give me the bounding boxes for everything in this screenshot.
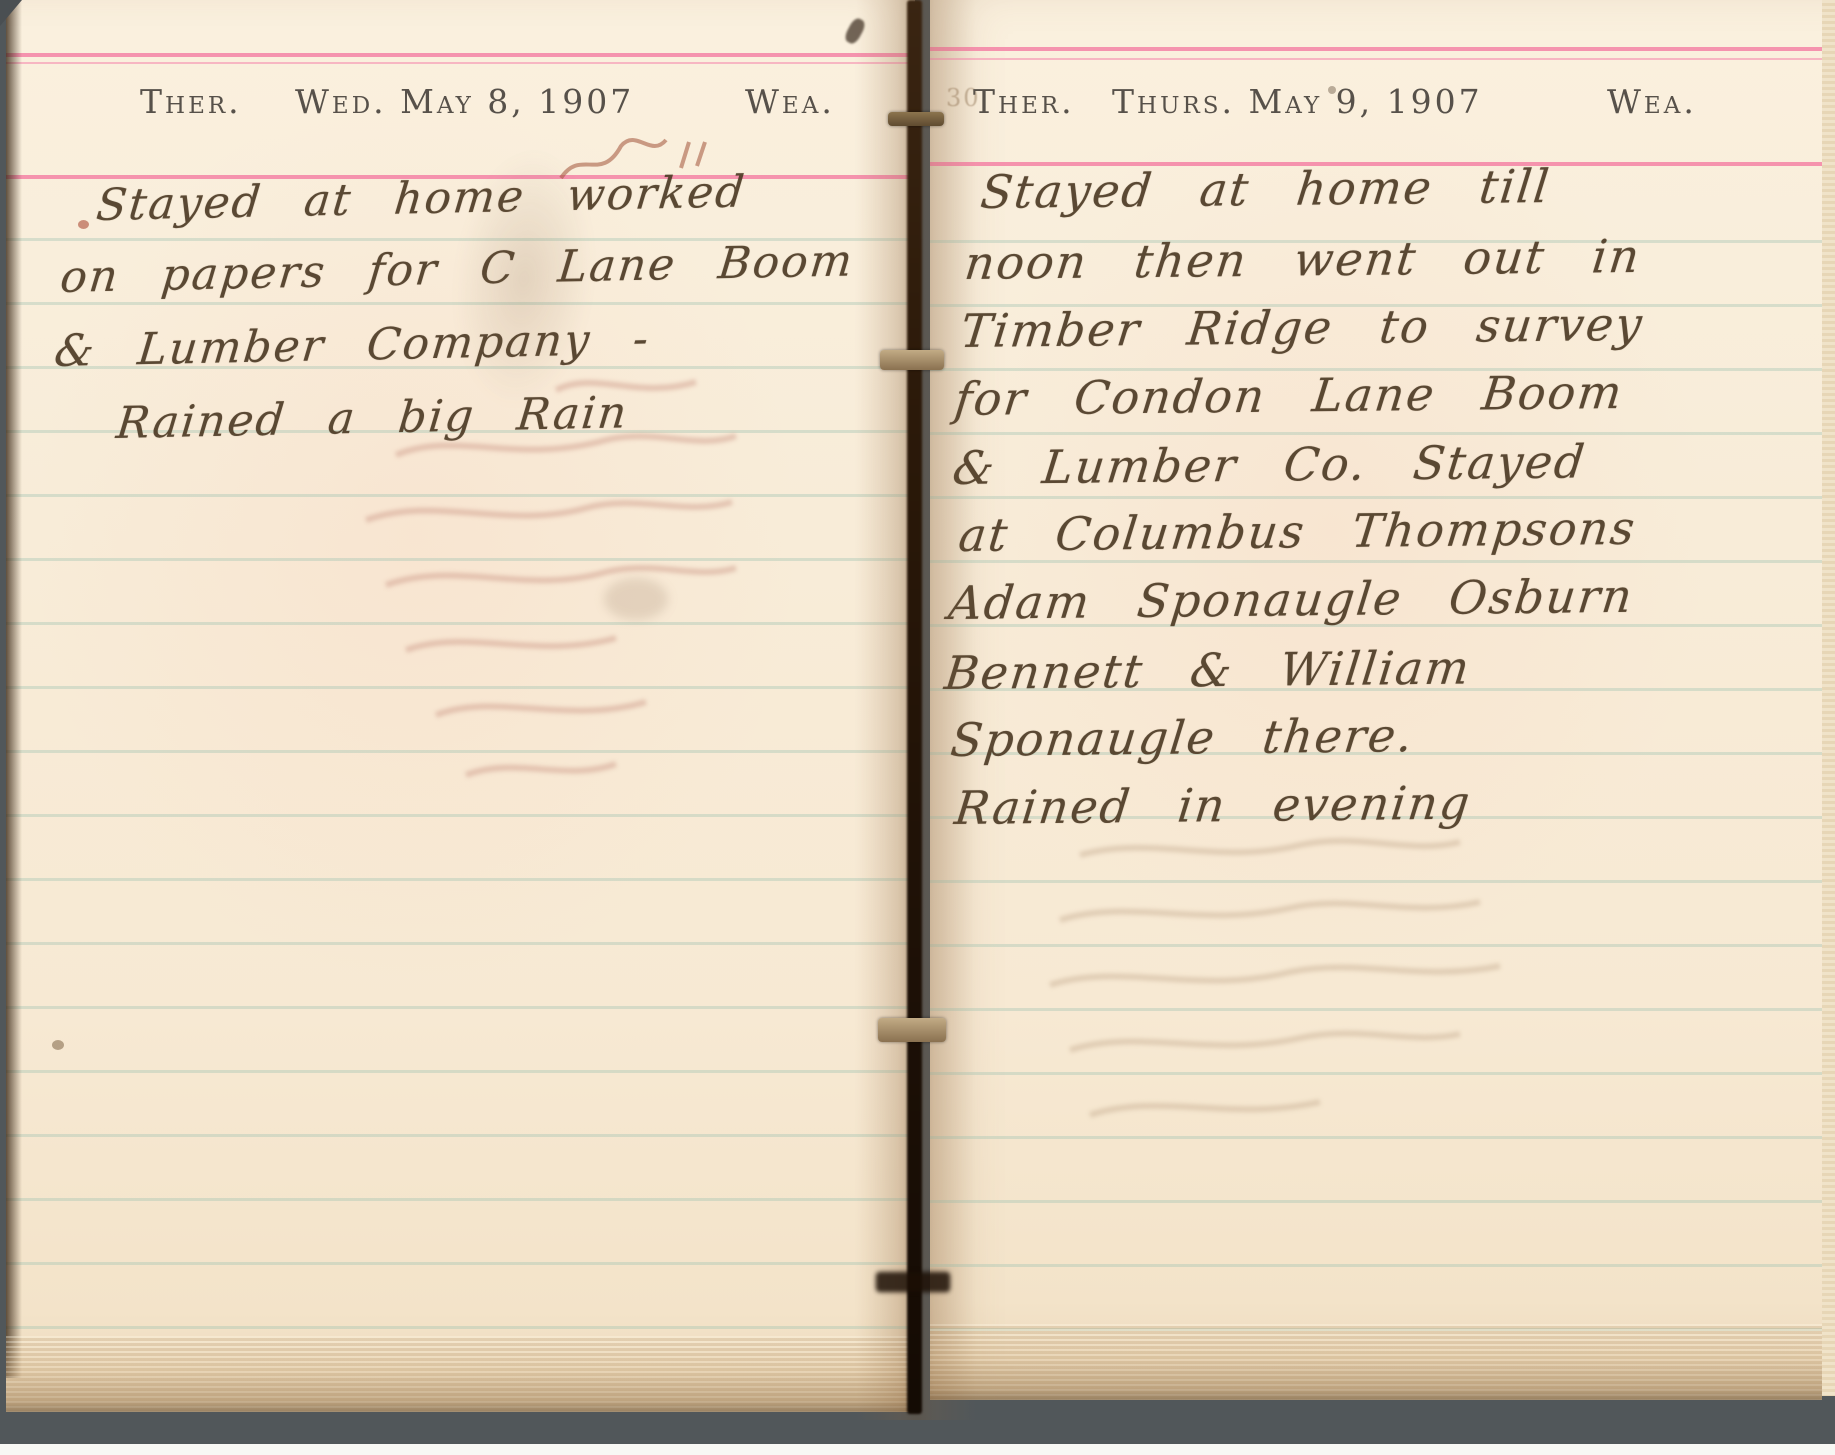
handwritten-line: for Condon Lane Boom	[952, 365, 1626, 426]
handwritten-line: Bennett & William	[942, 641, 1474, 700]
left-page: Ther. Wed. May 8, 1907 Wea. Stayed at ho…	[6, 0, 915, 1412]
ther-label: Ther.	[140, 82, 242, 126]
bleedthrough-writing	[960, 830, 1620, 1160]
ink-spot	[843, 16, 868, 46]
wea-label: Wea.	[745, 82, 835, 126]
scan-edge-strip	[0, 1444, 1835, 1455]
binding-knot	[876, 1272, 950, 1292]
wea-label: Wea.	[1607, 82, 1697, 126]
handwritten-line: noon then went out in	[962, 229, 1644, 290]
pink-header-line	[930, 58, 1822, 60]
pink-header-line	[6, 53, 915, 57]
pink-header-line	[6, 62, 915, 64]
book-outer-edge	[6, 0, 22, 1378]
handwritten-line: & Lumber Co. Stayed	[950, 434, 1589, 495]
pink-header-line	[930, 47, 1822, 51]
binding-stitch	[878, 1018, 946, 1042]
handwritten-line: Adam Sponaugle Osburn	[946, 569, 1637, 630]
handwritten-line: Sponaugle there.	[948, 708, 1417, 767]
handwritten-line: Stayed at home till	[978, 159, 1553, 219]
right-page: 30 Ther. Thurs. May 9, 1907 Wea. Stayed …	[930, 0, 1822, 1400]
handwritten-line: Rained a big Rain	[114, 387, 631, 449]
ink-smudge	[604, 578, 668, 620]
handwritten-line: & Lumber Company -	[52, 314, 653, 377]
handwritten-line: Rained in evening	[952, 776, 1474, 835]
ther-label: Ther.	[973, 82, 1075, 126]
handwritten-line: at Columbus Thompsons	[956, 501, 1639, 562]
ink-spot	[52, 1040, 64, 1050]
date-heading: Thurs. May 9, 1907	[1112, 82, 1483, 126]
binding-stitch	[880, 350, 944, 370]
binding-thread	[907, 0, 922, 1414]
date-heading: Wed. May 8, 1907	[295, 82, 634, 126]
page-fore-edge	[1822, 0, 1835, 1396]
handwritten-line: on papers for C Lane Boom	[58, 235, 856, 303]
binding-stitch	[888, 112, 944, 126]
handwritten-line: Timber Ridge to survey	[958, 297, 1647, 358]
ink-spot	[78, 220, 89, 229]
